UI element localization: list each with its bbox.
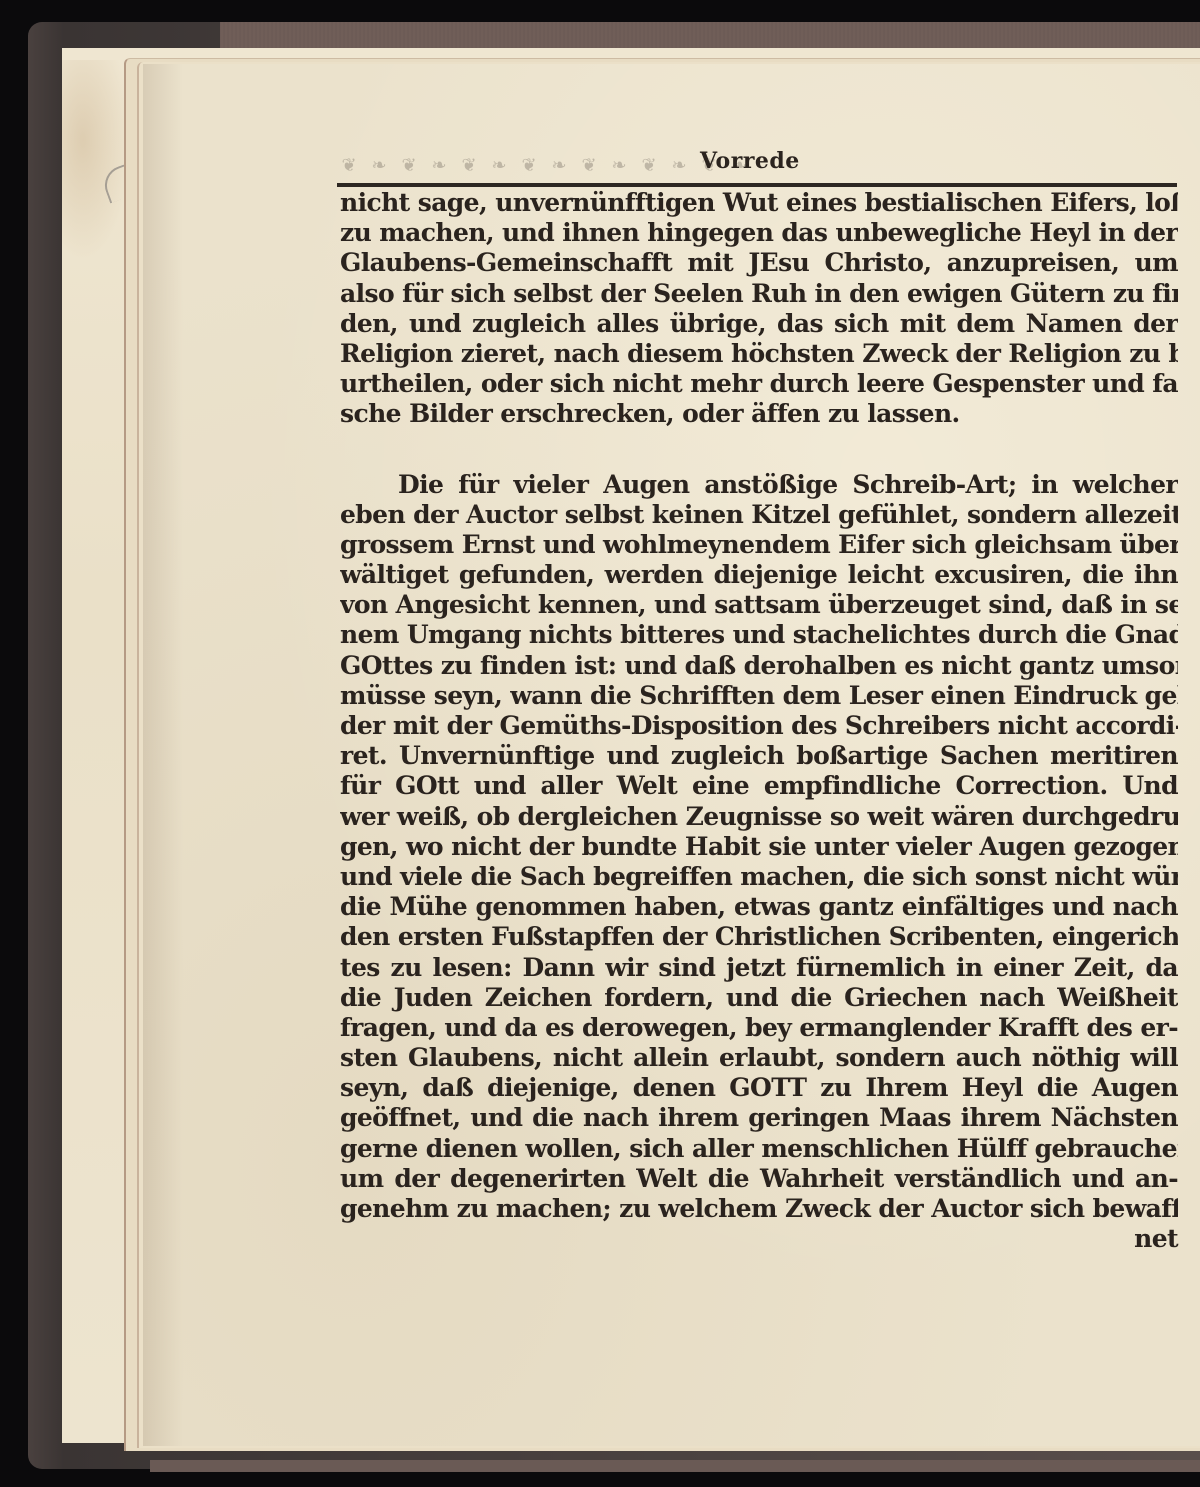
text-line: gen, wo nicht der bundte Habit sie unter…: [340, 832, 1178, 862]
text-line: Die für vieler Augen anstößige Schreib-A…: [340, 470, 1178, 500]
text-line: die Mühe genommen haben, etwas gantz ein…: [340, 892, 1178, 922]
book-scan: ❦ ❧ ❦ ❧ ❦ ❧ ❦ ❧ ❦ ❧ ❦ ❧ ❦ ❧ Vorrede nich…: [0, 0, 1200, 1487]
fleuron-icon: ❧: [670, 154, 688, 178]
text-line: genehm zu machen; zu welchem Zweck der A…: [340, 1194, 1178, 1224]
fleuron-icon: ❧: [490, 154, 508, 178]
header-rule: [337, 183, 1177, 187]
fleuron-icon: ❦: [580, 154, 598, 178]
text-line: wältiget gefunden, werden diejenige leic…: [340, 560, 1178, 590]
fleuron-icon: ❦: [520, 154, 538, 178]
paragraph: Die für vieler Augen anstößige Schreib-A…: [340, 470, 1178, 1225]
text-line: nem Umgang nichts bitteres und stachelic…: [340, 620, 1178, 650]
text-line: fragen, und da es derowegen, bey ermangl…: [340, 1013, 1178, 1043]
fleuron-icon: ❧: [550, 154, 568, 178]
text-line: sten Glaubens, nicht allein erlaubt, son…: [340, 1043, 1178, 1073]
text-line: tes zu lesen: Dann wir sind jetzt fürnem…: [340, 953, 1178, 983]
body-text: nicht sage, unvernünfftigen Wut eines be…: [340, 188, 1178, 1254]
text-line: also für sich selbst der Seelen Ruh in d…: [340, 279, 1178, 309]
text-line: müsse seyn, wann die Schrifften dem Lese…: [340, 681, 1178, 711]
fleuron-icon: ❧: [610, 154, 628, 178]
paragraph-gap: [340, 430, 1178, 470]
text-line: um der degenerirten Welt die Wahrheit ve…: [340, 1164, 1178, 1194]
running-head: Vorrede: [700, 148, 800, 174]
text-line: urtheilen, oder sich nicht mehr durch le…: [340, 369, 1178, 399]
text-line: nicht sage, unvernünfftigen Wut eines be…: [340, 188, 1178, 218]
text-line: für GOtt und aller Welt eine empfindlich…: [340, 771, 1178, 801]
text-line: Glaubens-Gemeinschafft mit JEsu Christo,…: [340, 248, 1178, 278]
text-line: GOttes zu finden ist: und daß derohalben…: [340, 651, 1178, 681]
paper-stain: [62, 60, 132, 260]
text-line: zu machen, und ihnen hingegen das unbewe…: [340, 218, 1178, 248]
fleuron-icon: ❦: [340, 154, 358, 178]
text-line: sche Bilder erschrecken, oder äffen zu l…: [340, 399, 1178, 429]
fleuron-icon: ❦: [400, 154, 418, 178]
page-gutter-shadow: [143, 64, 183, 1446]
text-line: gerne dienen wollen, sich aller menschli…: [340, 1134, 1178, 1164]
cover-binding-bottom: [150, 1460, 1200, 1472]
cover-binding-top: [220, 22, 1200, 50]
fleuron-icon: ❧: [430, 154, 448, 178]
text-line: ret. Unvernünftige und zugleich boßartig…: [340, 741, 1178, 771]
fleuron-icon: ❦: [640, 154, 658, 178]
text-line: Religion zieret, nach diesem höchsten Zw…: [340, 339, 1178, 369]
text-line: und viele die Sach begreiffen machen, di…: [340, 862, 1178, 892]
catchword: net: [340, 1224, 1178, 1254]
text-line: den ersten Fußstapffen der Christlichen …: [340, 922, 1178, 952]
fleuron-icon: ❦: [460, 154, 478, 178]
paragraph: nicht sage, unvernünfftigen Wut eines be…: [340, 188, 1178, 430]
text-line: wer weiß, ob dergleichen Zeugnisse so we…: [340, 802, 1178, 832]
text-line: von Angesicht kennen, und sattsam überze…: [340, 590, 1178, 620]
text-line: grossem Ernst und wohlmeynendem Eifer si…: [340, 530, 1178, 560]
text-line: eben der Auctor selbst keinen Kitzel gef…: [340, 500, 1178, 530]
text-line: geöffnet, und die nach ihrem geringen Ma…: [340, 1103, 1178, 1133]
text-line: seyn, daß diejenige, denen GOTT zu Ihrem…: [340, 1073, 1178, 1103]
fleuron-icon: ❧: [370, 154, 388, 178]
text-line: den, und zugleich alles übrige, das sich…: [340, 309, 1178, 339]
text-line: die Juden Zeichen fordern, und die Griec…: [340, 983, 1178, 1013]
text-line: der mit der Gemüths-Disposition des Schr…: [340, 711, 1178, 741]
